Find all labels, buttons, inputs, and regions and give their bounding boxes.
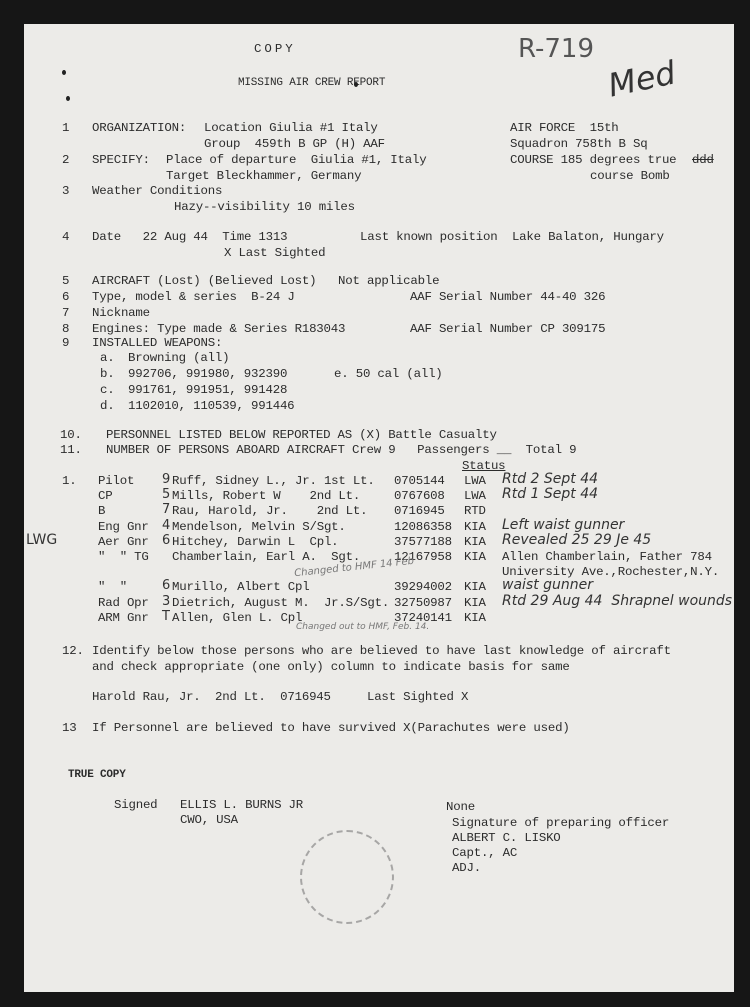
- item-number: 2: [62, 153, 69, 167]
- weather-label: Weather Conditions: [92, 184, 222, 198]
- changed-note: Changed out to HMF, Feb. 14.: [296, 622, 429, 632]
- crew-serial: 0716945: [394, 504, 445, 518]
- organization-group: Group 459th B GP (H) AAF: [204, 137, 385, 151]
- crew-status: LWA: [464, 474, 486, 488]
- crew-name: Hitchey, Darwin L Cpl.: [172, 535, 338, 549]
- ink-spot: [62, 70, 66, 75]
- crew-handwritten-note: Rtd 1 Sept 44: [502, 486, 598, 502]
- specify-label: SPECIFY:: [92, 153, 150, 167]
- course: COURSE 185 degrees true: [510, 153, 676, 167]
- crew-position: Aer Gnr: [98, 535, 149, 549]
- ink-spot: [66, 96, 70, 101]
- crew-name: Chamberlain, Earl A. Sgt.: [172, 550, 360, 564]
- crew-status: KIA: [464, 535, 486, 549]
- crew-status: KIA: [464, 550, 486, 564]
- aircraft-field: Engines: Type made & Series R183043: [92, 322, 345, 336]
- crew-serial: 12086358: [394, 520, 452, 534]
- crew-name: Dietrich, August M. Jr.S/Sgt.: [172, 596, 389, 610]
- last-known-position: Last known position Lake Balaton, Hungar…: [360, 230, 664, 244]
- ink-spot: [354, 82, 358, 87]
- med-annotation: Med: [605, 53, 679, 104]
- weather-value: Hazy--visibility 10 miles: [174, 200, 355, 214]
- crew-position: " " TG: [98, 550, 149, 564]
- weapon-key: a.: [100, 351, 114, 365]
- crew-position: " ": [98, 580, 127, 594]
- crew-position: ARM Gnr: [98, 611, 149, 625]
- crew-name: Mendelson, Melvin S/Sgt.: [172, 520, 346, 534]
- crew-mark: 6: [162, 533, 170, 548]
- crew-handwritten-note: Rtd 29 Aug 44 Shrapnel wounds: [502, 593, 732, 609]
- crew-name: Mills, Robert W 2nd Lt.: [172, 489, 360, 503]
- crew-name: Rau, Harold, Jr. 2nd Lt.: [172, 504, 367, 518]
- personnel-reported: PERSONNEL LISTED BELOW REPORTED AS (X) B…: [106, 428, 497, 442]
- crew-mark: T: [162, 609, 170, 624]
- aircraft-field: Type, model & series B-24 J: [92, 290, 295, 304]
- aircraft-field: AIRCRAFT (Lost) (Believed Lost) Not appl…: [92, 274, 439, 288]
- place-of-departure: Place of departure Giulia #1, Italy: [166, 153, 426, 167]
- weapon-key: d.: [100, 399, 114, 413]
- item-number: 7: [62, 306, 69, 320]
- weapon-value: 991761, 991951, 991428: [128, 383, 287, 397]
- crew-handwritten-note: waist gunner: [502, 577, 593, 593]
- crew-handwritten-note: Rtd 2 Sept 44: [502, 471, 598, 487]
- crew-name: Murillo, Albert Cpl: [172, 580, 309, 594]
- crew-name: Allen, Glen L. Cpl: [172, 611, 302, 625]
- officer-title: ADJ.: [452, 861, 481, 875]
- crew-position: Pilot: [98, 474, 134, 488]
- crew-position: Rad Opr: [98, 596, 149, 610]
- copy-label: COPY: [254, 42, 296, 56]
- crew-mark: 3: [162, 594, 170, 609]
- crew-mark: 5: [162, 487, 170, 502]
- item-number: 6: [62, 290, 69, 304]
- crew-status: KIA: [464, 580, 486, 594]
- crew-serial: 37577188: [394, 535, 452, 549]
- organization-label: ORGANIZATION:: [92, 121, 186, 135]
- course-struck-text: ddd: [692, 153, 714, 167]
- crew-handwritten-note: Revealed 25 29 Je 45: [502, 532, 651, 548]
- target: Target Bleckhammer, Germany: [166, 169, 361, 183]
- survival-statement: If Personnel are believed to have surviv…: [92, 721, 570, 735]
- crew-handwritten-note: Left waist gunner: [502, 517, 624, 533]
- aircraft-serial: AAF Serial Number CP 309175: [410, 322, 605, 336]
- item-number: 4: [62, 230, 69, 244]
- true-copy-label: TRUE COPY: [68, 768, 126, 782]
- crew-mark: 6: [162, 578, 170, 593]
- item-number: 1: [62, 121, 69, 135]
- report-title: MISSING AIR CREW REPORT: [238, 76, 385, 90]
- organization-location: Location Giulia #1 Italy: [204, 121, 378, 135]
- crew-serial: 32750987: [394, 596, 452, 610]
- squadron: Squadron 758th B Sq: [510, 137, 647, 151]
- crew-position: B: [98, 504, 105, 518]
- circular-stamp: [300, 830, 394, 924]
- crew-mark: 9: [162, 472, 170, 487]
- weapon-key: c.: [100, 383, 114, 397]
- date-time: Date 22 Aug 44 Time 1313: [92, 230, 287, 244]
- item-number: 3: [62, 184, 69, 198]
- reference-annotation: R-719: [518, 34, 594, 64]
- item-number: 9: [62, 336, 69, 350]
- crew-status: LWA: [464, 489, 486, 503]
- none-text: None: [446, 800, 475, 814]
- crew-serial: 0705144: [394, 474, 445, 488]
- crew-status: RTD: [464, 504, 486, 518]
- officer-rank: Capt., AC: [452, 846, 517, 860]
- signature-label: Signature of preparing officer: [452, 816, 669, 830]
- crew-status: KIA: [464, 596, 486, 610]
- crew-note: Allen Chamberlain, Father 784: [502, 550, 712, 564]
- weapon-value: Browning (all): [128, 351, 229, 365]
- weapon-value: 992706, 991980, 932390: [128, 367, 287, 381]
- crew-status: KIA: [464, 611, 486, 625]
- item-number: 10.: [60, 428, 82, 442]
- crew-serial: 0767608: [394, 489, 445, 503]
- persons-aboard: NUMBER OF PERSONS ABOARD AIRCRAFT Crew 9…: [106, 443, 576, 457]
- document-page: COPY MISSING AIR CREW REPORT R-719 Med 1…: [24, 24, 734, 992]
- signer-name: ELLIS L. BURNS JR: [180, 798, 303, 812]
- item-number: 1.: [62, 474, 76, 488]
- crew-position: Eng Gnr: [98, 520, 149, 534]
- aircraft-field: Nickname: [92, 306, 150, 320]
- aircraft-serial: AAF Serial Number 44-40 326: [410, 290, 605, 304]
- item-number: 12.: [62, 644, 84, 658]
- item-number: 11.: [60, 443, 82, 457]
- weapon-key: b.: [100, 367, 114, 381]
- item-number: 13: [62, 721, 76, 735]
- section12-line2: and check appropriate (one only) column …: [92, 660, 570, 674]
- section12-line1: Identify below those persons who are bel…: [92, 644, 671, 658]
- officer-name: ALBERT C. LISKO: [452, 831, 561, 845]
- course-type: course Bomb: [590, 169, 670, 183]
- position-basis: X Last Sighted: [224, 246, 325, 260]
- item-number: 8: [62, 322, 69, 336]
- weapons-caliber: e. 50 cal (all): [334, 367, 443, 381]
- status-header: Status: [462, 459, 505, 473]
- weapons-label: INSTALLED WEAPONS:: [92, 336, 222, 350]
- signed-label: Signed: [114, 798, 157, 812]
- signer-rank: CWO, USA: [180, 813, 238, 827]
- last-knowledge-person: Harold Rau, Jr. 2nd Lt. 0716945 Last Sig…: [92, 690, 468, 704]
- crew-mark: 4: [162, 518, 170, 533]
- crew-serial: 39294002: [394, 580, 452, 594]
- crew-status: KIA: [464, 520, 486, 534]
- crew-mark: 7: [162, 502, 170, 517]
- crew-position: CP: [98, 489, 112, 503]
- crew-name: Ruff, Sidney L., Jr. 1st Lt.: [172, 474, 375, 488]
- weapon-value: 1102010, 110539, 991446: [128, 399, 294, 413]
- air-force: AIR FORCE 15th: [510, 121, 619, 135]
- margin-note: LWG: [26, 532, 57, 548]
- item-number: 5: [62, 274, 69, 288]
